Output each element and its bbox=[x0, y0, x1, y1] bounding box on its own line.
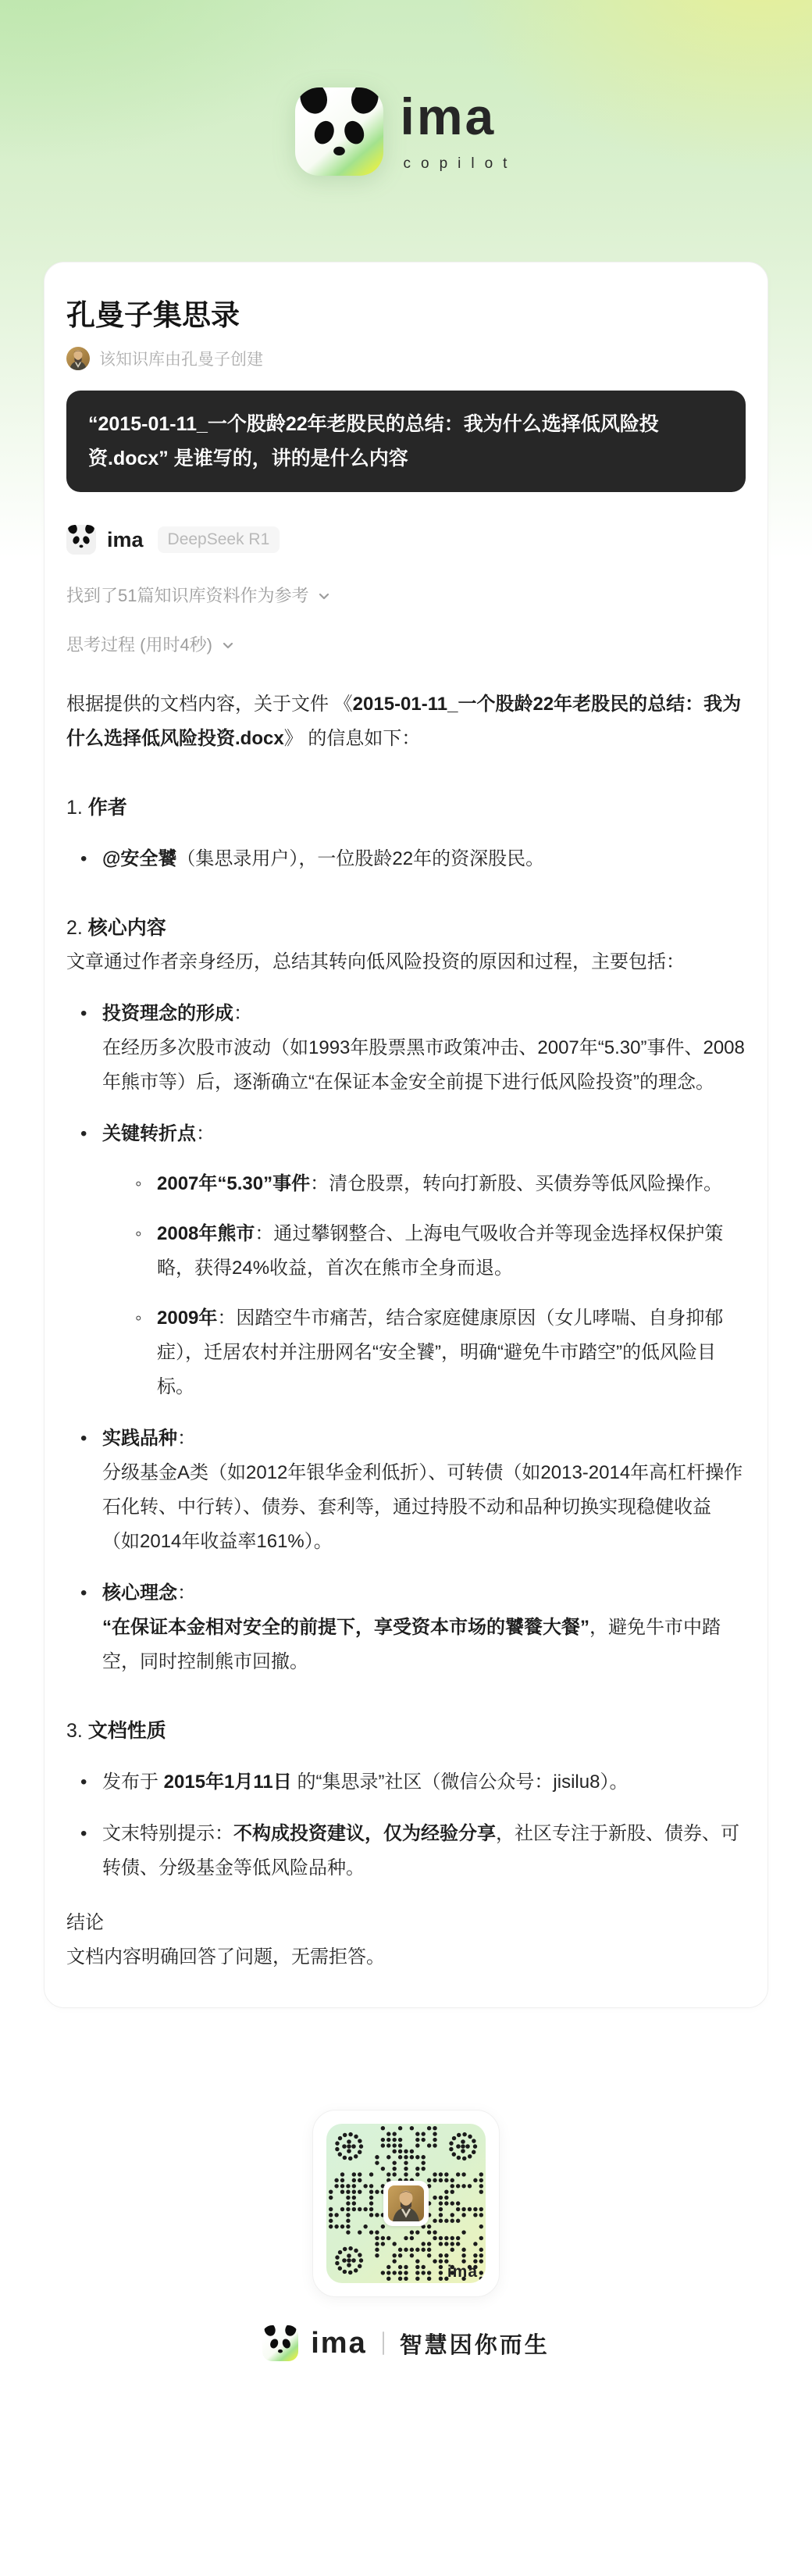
question-text: “2015-01-11_一个股龄22年老股民的总结：我为什么选择低风险投资.do… bbox=[88, 413, 659, 469]
page-title: 孔曼子集思录 bbox=[66, 297, 746, 334]
panda-logo-icon bbox=[295, 87, 383, 176]
thinking-label: 思考过程 (用时4秒) bbox=[66, 632, 212, 656]
answer-paragraph: 文档内容明确回答了问题，无需拒答。 bbox=[66, 1940, 746, 1975]
brand-wordmark: ima bbox=[401, 91, 497, 142]
list-item: •实践品种：分级基金A类（如2012年银华金利低折）、可转债（如2013-201… bbox=[66, 1422, 746, 1559]
sub-list-item: ◦2007年“5.30”事件：清仓股票，转向打新股、买债券等低风险操作。 bbox=[135, 1167, 746, 1201]
sub-list-item: ◦2009年：因踏空牛市痛苦，结合家庭健康原因（女儿哮喘、自身抑郁症），迁居农村… bbox=[135, 1301, 746, 1404]
footer: ima 智慧因你而生 bbox=[0, 2325, 812, 2361]
footer-logo-icon bbox=[262, 2325, 298, 2361]
brand-subtitle: copilot bbox=[404, 155, 518, 173]
thinking-toggle[interactable]: 思考过程 (用时4秒) bbox=[66, 632, 746, 656]
list-item: •发布于 2015年1月11日 的“集思录”社区（微信公众号：jisilu8）。 bbox=[66, 1765, 746, 1800]
footer-divider bbox=[383, 2332, 384, 2355]
creator-row: 该知识库由孔曼子创建 bbox=[66, 347, 746, 370]
footer-slogan: 智慧因你而生 bbox=[400, 2328, 550, 2360]
creator-note: 该知识库由孔曼子创建 bbox=[99, 347, 263, 370]
answer-list: •@安全饕（集思录用户），一位股龄22年的资深股民。 bbox=[66, 842, 746, 876]
references-toggle[interactable]: 找到了51篇知识库资料作为参考 bbox=[66, 583, 746, 607]
qr-logo-text: ima bbox=[447, 2263, 478, 2282]
list-item: •核心理念：“在保证本金相对安全的前提下，享受资本市场的饕餮大餐”，避免牛市中踏… bbox=[66, 1576, 746, 1679]
brand-texts: ima copilot bbox=[401, 91, 518, 173]
answer-body: 根据提供的文档内容，关于文件 《2015-01-11_一个股龄22年老股民的总结… bbox=[66, 687, 746, 1975]
answer-paragraph: 文章通过作者亲身经历，总结其转向低风险投资的原因和过程，主要包括： bbox=[66, 945, 746, 979]
references-label: 找到了51篇知识库资料作为参考 bbox=[66, 583, 308, 607]
qr-center-avatar bbox=[383, 2181, 429, 2226]
answer-heading: 2. 核心内容 bbox=[66, 911, 746, 945]
chat-card: 孔曼子集思录 该知识库由孔曼子创建 “2015-01-11_一个股龄22年老股民… bbox=[44, 262, 768, 2008]
list-item: •文末特别提示：不构成投资建议，仅为经验分享，社区专注于新股、债券、可转债、分级… bbox=[66, 1817, 746, 1886]
answer-list: •发布于 2015年1月11日 的“集思录”社区（微信公众号：jisilu8）。… bbox=[66, 1765, 746, 1886]
user-question-bubble: “2015-01-11_一个股龄22年老股民的总结：我为什么选择低风险投资.do… bbox=[66, 391, 746, 492]
answer-paragraph: 结论 bbox=[66, 1906, 746, 1940]
qr-code: ima bbox=[326, 2124, 486, 2283]
creator-avatar bbox=[66, 347, 90, 370]
footer-wordmark: ima bbox=[311, 2327, 366, 2360]
model-badge: DeepSeek R1 bbox=[158, 526, 280, 553]
list-item: •关键转折点：◦2007年“5.30”事件：清仓股票，转向打新股、买债券等低风险… bbox=[66, 1117, 746, 1404]
chevron-down-icon bbox=[219, 636, 237, 655]
list-item: •投资理念的形成：在经历多次股市波动（如1993年股票黑市政策冲击、2007年“… bbox=[66, 997, 746, 1100]
chevron-down-icon bbox=[315, 587, 333, 605]
assistant-name: ima bbox=[107, 528, 144, 552]
answer-list: •投资理念的形成：在经历多次股市波动（如1993年股票黑市政策冲击、2007年“… bbox=[66, 997, 746, 1679]
qr-card: ima bbox=[312, 2110, 500, 2297]
assistant-header: ima DeepSeek R1 bbox=[66, 525, 746, 555]
answer-heading: 3. 文档性质 bbox=[66, 1714, 746, 1748]
sub-list-item: ◦2008年熊市：通过攀钢整合、上海电气吸收合并等现金选择权保护策略，获得24%… bbox=[135, 1217, 746, 1286]
assistant-panda-avatar-icon bbox=[66, 525, 96, 555]
answer-heading: 1. 作者 bbox=[66, 790, 746, 825]
answer-paragraph: 根据提供的文档内容，关于文件 《2015-01-11_一个股龄22年老股民的总结… bbox=[66, 687, 746, 756]
list-item: •@安全饕（集思录用户），一位股龄22年的资深股民。 bbox=[66, 842, 746, 876]
brand-header: ima copilot bbox=[0, 0, 812, 176]
